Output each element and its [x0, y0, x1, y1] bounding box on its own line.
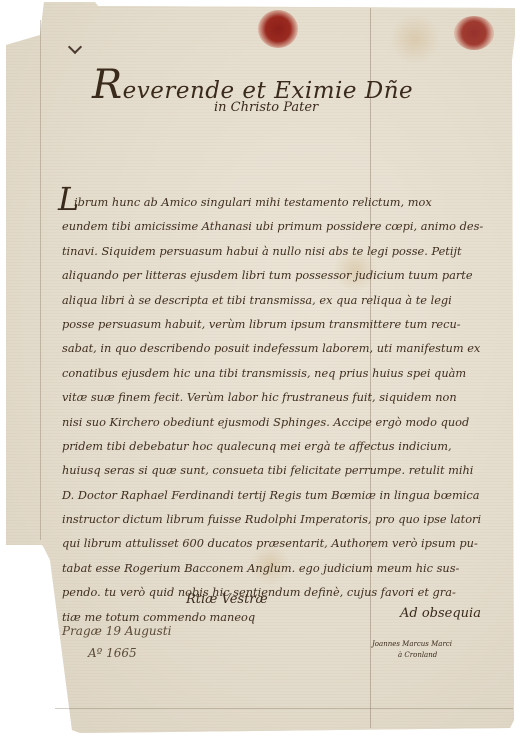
salutation-initial: R [92, 62, 123, 108]
signature-location: à Cronland [398, 651, 437, 659]
body-line: aliqua libri à se descripta et tibi tran… [62, 288, 510, 312]
signature-name: Joannes Marcus Marci [372, 640, 452, 648]
wax-seal-remnant [258, 10, 298, 48]
body-line: pendo. tu verò quid nobis hic sentiendum… [62, 580, 510, 604]
body-line: huiusq seras si quæ sunt, consueta tibi … [62, 458, 510, 482]
body-line: vitæ suæ finem fecit. Verùm labor hic fr… [62, 385, 510, 409]
body-line: tabat esse Rogerium Bacconem Anglum. ego… [62, 556, 510, 580]
closing-formula: Rtiæ Vestræ [186, 592, 268, 607]
manuscript-page: Reverende et Eximie Dñe in Christo Pater… [0, 0, 521, 737]
body-line: tinavi. Siquidem persuasum habui à nullo… [62, 239, 510, 263]
wax-seal-remnant [454, 16, 494, 50]
salutation-line-2: in Christo Pater [214, 100, 318, 115]
fold-line-left [40, 20, 41, 540]
signature-obsequia: Ad obsequia [400, 606, 481, 621]
body-line: posse persuasum habuit, verùm librum ips… [62, 312, 510, 336]
paper-stain [390, 14, 440, 64]
body-line: qui librum attulisset 600 ducatos præsen… [62, 531, 510, 555]
body-line: pridem tibi debebatur hoc qualecunq mei … [62, 434, 510, 458]
letter-body: ibrum hunc ab Amico singulari mihi testa… [62, 190, 512, 629]
body-line: aliquando per litteras ejusdem libri tum… [62, 263, 510, 287]
body-line: sabat, in quo describendo posuit indefes… [62, 336, 510, 360]
body-line: instructor dictum librum fuisse Rudolphi… [62, 507, 510, 531]
place-date: Pragæ 19 Augusti [62, 624, 171, 638]
body-line: ibrum hunc ab Amico singulari mihi testa… [62, 190, 510, 214]
fold-line-horizontal [55, 708, 513, 709]
body-line: nisi suo Kirchero obediunt ejusmodi Sphi… [62, 410, 510, 434]
body-line: conatibus ejusdem hic una tibi transmiss… [62, 361, 510, 385]
year: Aº 1665 [88, 646, 137, 660]
body-line: eundem tibi amicissime Athanasi ubi prim… [62, 214, 510, 238]
body-line: D. Doctor Raphael Ferdinandi tertij Regi… [62, 483, 510, 507]
